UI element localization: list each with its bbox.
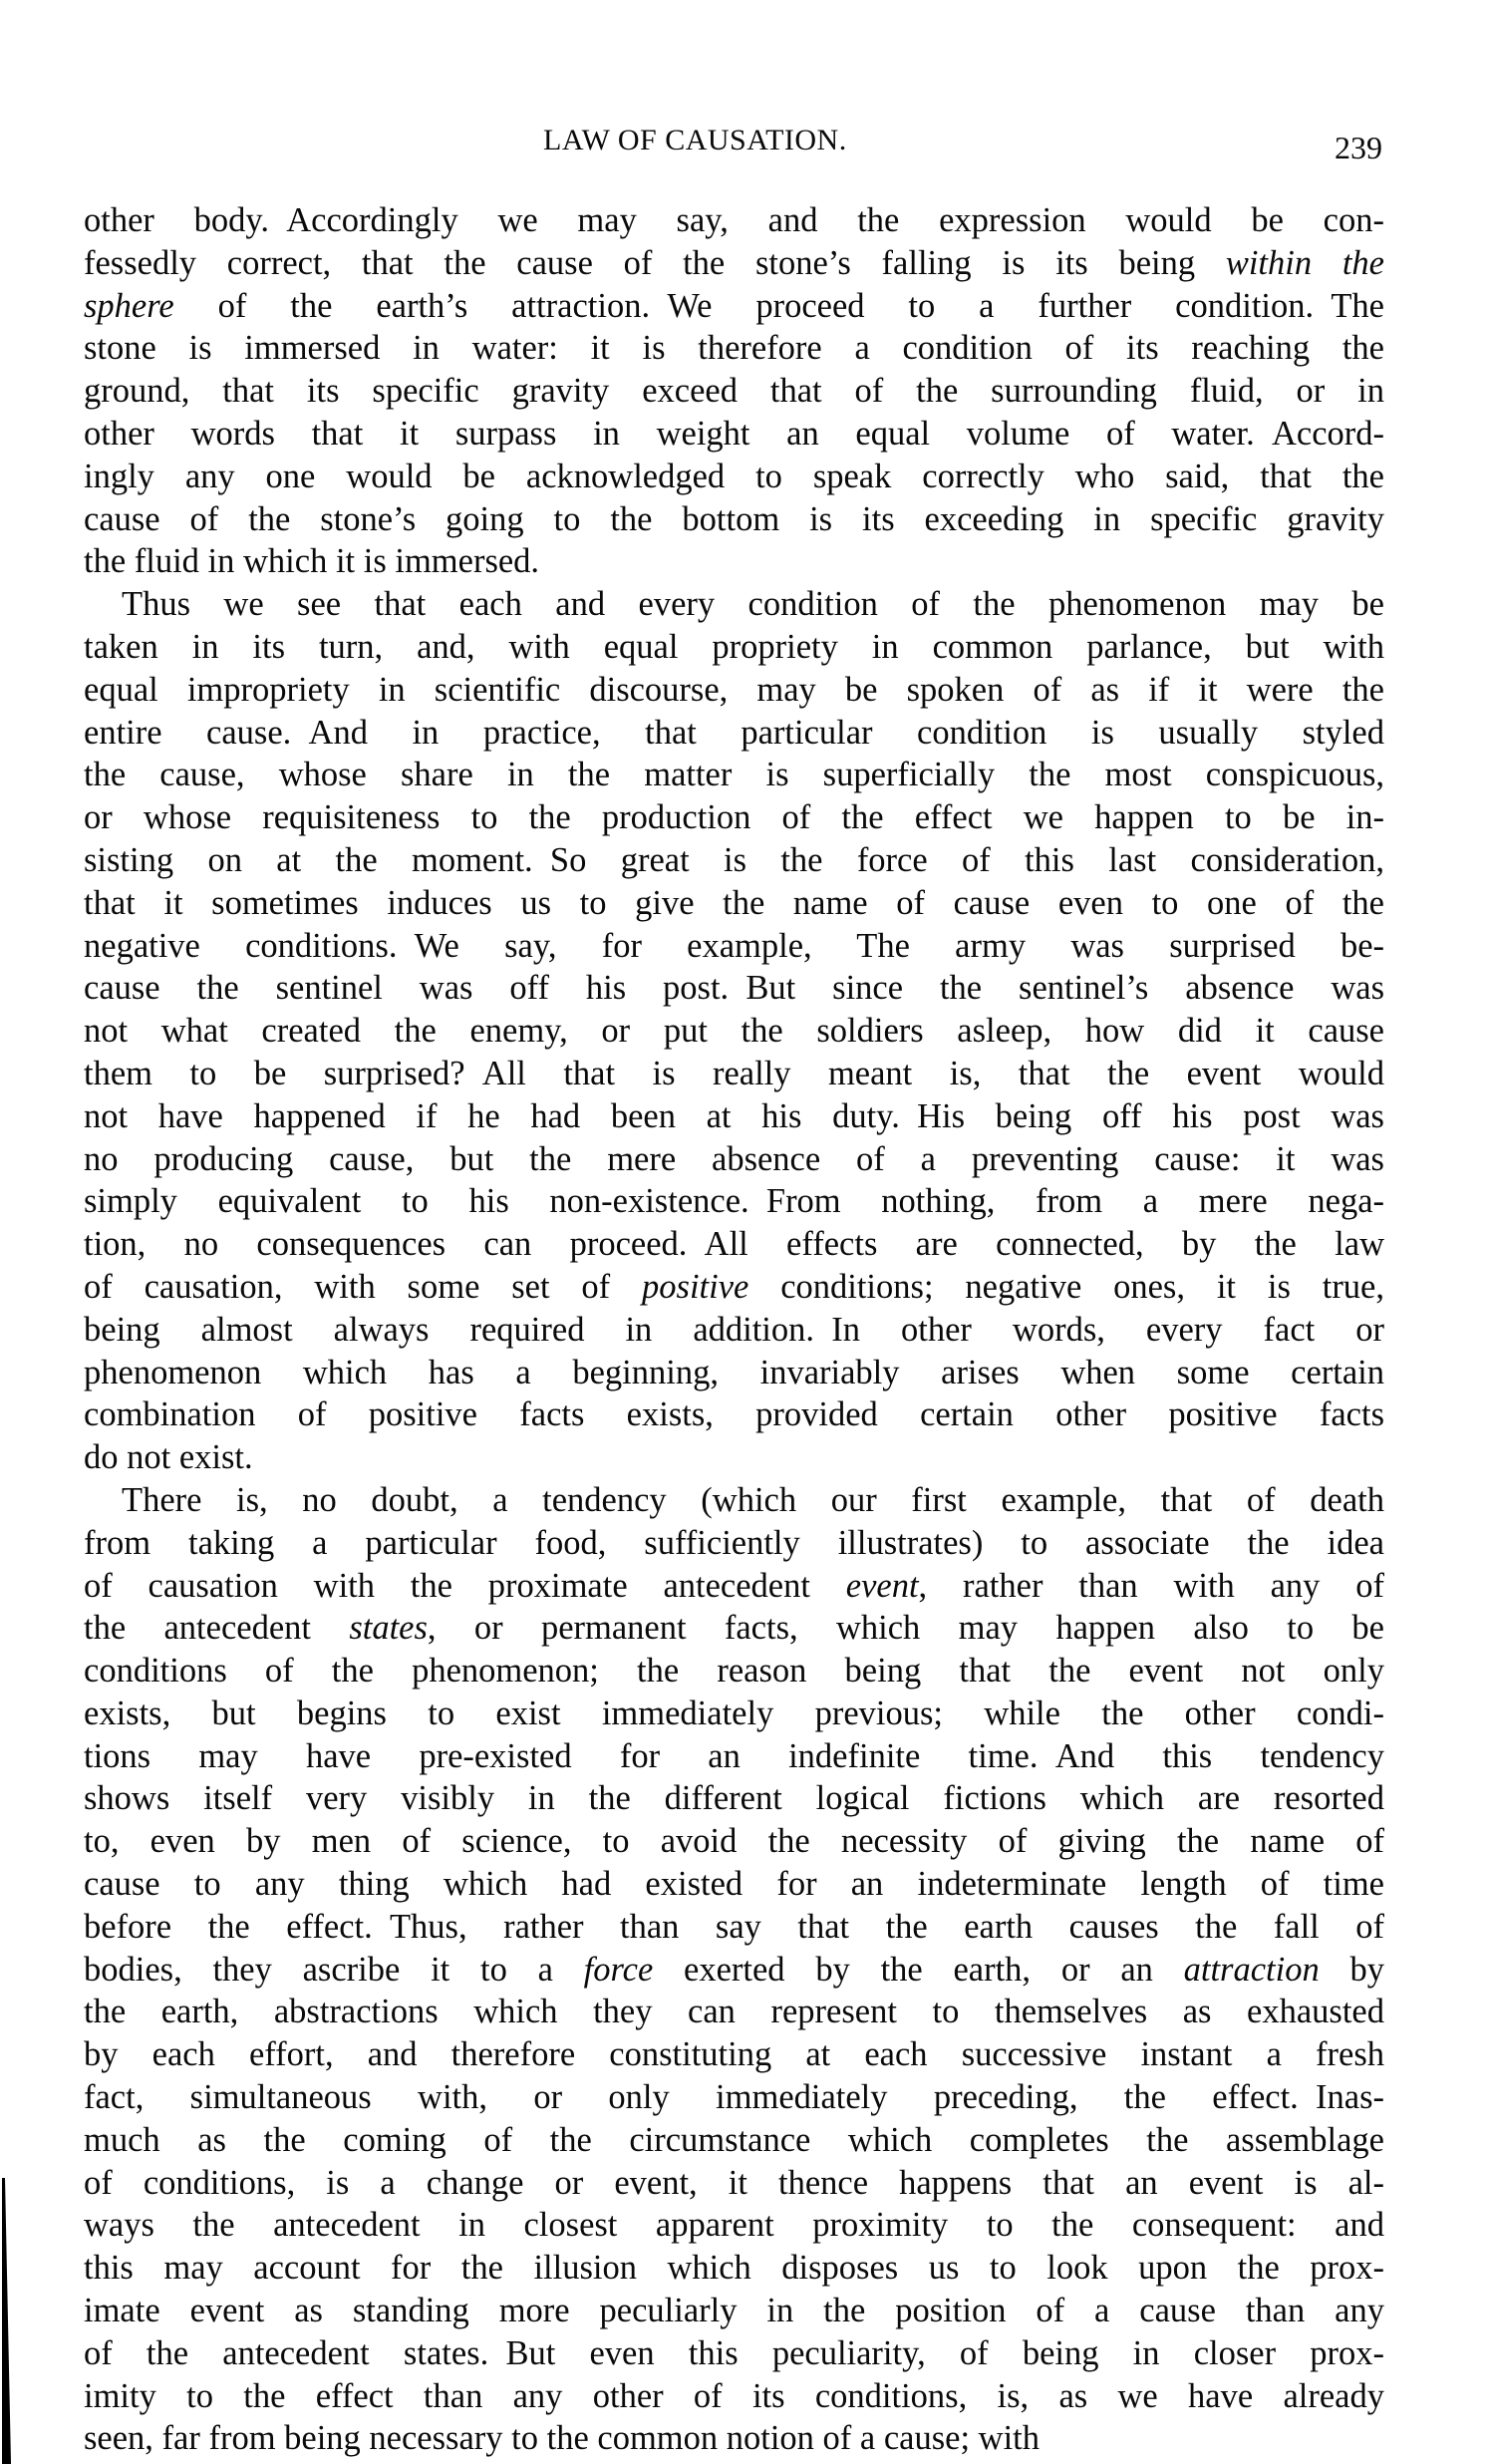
text-line: them to be surprised? All that is really…	[84, 1053, 1384, 1095]
text-line: ways the antecedent in closest apparent …	[84, 2204, 1384, 2247]
paragraph: There is, no doubt, a tendency (which ou…	[84, 1479, 1384, 2460]
running-title: LAW OF CAUSATION.	[543, 124, 847, 157]
text-line: the cause, whose share in the matter is …	[84, 754, 1384, 796]
text-line: cause of the stone’s going to the bottom…	[84, 498, 1384, 541]
text-segment: conditions; negative ones, it is true,	[748, 1268, 1384, 1306]
text-segment: this may account for the illusion which …	[84, 2249, 1384, 2287]
text-segment: seen, far from being necessary to the co…	[84, 2419, 1040, 2457]
text-segment: or whose requisiteness to the production…	[84, 798, 1384, 836]
text-line: much as the coming of the circumstance w…	[84, 2119, 1384, 2162]
text-line: other words that it surpass in weight an…	[84, 413, 1384, 456]
binding-edge-shadow	[2, 2178, 11, 2464]
text-line: the antecedent states, or permanent fact…	[84, 1607, 1384, 1650]
text-segment: Thus we see that each and every conditio…	[122, 585, 1384, 623]
text-segment: exerted by the earth, or an	[653, 1951, 1183, 1989]
text-segment: before the effect. Thus, rather than say…	[84, 1908, 1384, 1946]
text-line: negative conditions. We say, for example…	[84, 925, 1384, 968]
text-line: cause the sentinel was off his post. But…	[84, 967, 1384, 1010]
text-segment: imate event as standing more peculiarly …	[84, 2292, 1384, 2329]
text-segment: bodies, they ascribe it to a	[84, 1951, 584, 1989]
text-line: seen, far from being necessary to the co…	[84, 2417, 1384, 2460]
text-line: other body. Accordingly we may say, and …	[84, 199, 1384, 242]
text-line: shows itself very visibly in the differe…	[84, 1777, 1384, 1820]
text-segment: fessedly correct, that the cause of the …	[84, 244, 1226, 282]
text-segment: stone is immersed in water: it is theref…	[84, 329, 1384, 367]
text-segment: shows itself very visibly in the differe…	[84, 1779, 1384, 1817]
text-segment: cause to any thing which had existed for…	[84, 1865, 1384, 1903]
italic-text: force	[584, 1951, 654, 1989]
text-segment: phenomenon which has a beginning, invari…	[84, 1354, 1384, 1391]
text-segment: them to be surprised? All that is really…	[84, 1055, 1384, 1092]
text-segment: combination of positive facts exists, pr…	[84, 1395, 1384, 1433]
text-line: this may account for the illusion which …	[84, 2247, 1384, 2290]
text-segment: cause the sentinel was off his post. But…	[84, 969, 1384, 1007]
text-line: to, even by men of science, to avoid the…	[84, 1820, 1384, 1863]
text-segment: not what created the enemy, or put the s…	[84, 1012, 1384, 1050]
text-line: exists, but begins to exist immediately …	[84, 1693, 1384, 1735]
italic-text: attraction	[1184, 1951, 1320, 1989]
text-segment: ground, that its specific gravity exceed…	[84, 372, 1384, 410]
text-line: ingly any one would be acknowledged to s…	[84, 456, 1384, 498]
text-line: There is, no doubt, a tendency (which ou…	[84, 1479, 1384, 1522]
text-segment: equal impropriety in scientific discours…	[84, 671, 1384, 709]
text-line: being almost always required in addition…	[84, 1309, 1384, 1352]
page-number: 239	[1335, 130, 1382, 166]
text-line: tions may have pre-existed for an indefi…	[84, 1735, 1384, 1778]
text-line: not what created the enemy, or put the s…	[84, 1010, 1384, 1053]
running-head: LAW OF CAUSATION. 239	[0, 124, 1490, 163]
text-segment: simply equivalent to his non-existence. …	[84, 1182, 1384, 1220]
text-segment: There is, no doubt, a tendency (which ou…	[122, 1481, 1384, 1519]
text-segment: conditions of the phenomenon; the reason…	[84, 1652, 1384, 1690]
text-segment: of causation with the proximate antecede…	[84, 1567, 846, 1605]
text-segment: cause of the stone’s going to the bottom…	[84, 500, 1384, 538]
text-segment: negative conditions. We say, for example…	[84, 927, 1384, 965]
text-segment: entire cause. And in practice, that part…	[84, 714, 1384, 752]
text-segment: other words that it surpass in weight an…	[84, 415, 1384, 453]
text-segment: ingly any one would be acknowledged to s…	[84, 458, 1384, 495]
text-segment: of the earth’s attraction. We proceed to…	[174, 287, 1384, 325]
text-segment: other body. Accordingly we may say, and …	[84, 201, 1384, 239]
text-line: no producing cause, but the mere absence…	[84, 1138, 1384, 1181]
paragraph: Thus we see that each and every conditio…	[84, 583, 1384, 1479]
text-line: from taking a particular food, sufficien…	[84, 1522, 1384, 1565]
text-line: taken in its turn, and, with equal propr…	[84, 626, 1384, 669]
body-text: other body. Accordingly we may say, and …	[84, 199, 1384, 2460]
text-line: conditions of the phenomenon; the reason…	[84, 1650, 1384, 1693]
text-line: of conditions, is a change or event, it …	[84, 2162, 1384, 2205]
text-line: the fluid in which it is immersed.	[84, 540, 1384, 583]
text-line: ground, that its specific gravity exceed…	[84, 370, 1384, 413]
text-line: not have happened if he had been at his …	[84, 1095, 1384, 1138]
text-line: imate event as standing more peculiarly …	[84, 2290, 1384, 2332]
paragraph: other body. Accordingly we may say, and …	[84, 199, 1384, 583]
text-line: of causation with the proximate antecede…	[84, 1565, 1384, 1608]
text-line: imity to the effect than any other of it…	[84, 2375, 1384, 2418]
text-line: the earth, abstractions which they can r…	[84, 1991, 1384, 2033]
italic-text: sphere	[84, 287, 174, 325]
text-segment: fact, simultaneous with, or only immedia…	[84, 2078, 1384, 2116]
text-segment: , rather than with any of	[919, 1567, 1384, 1605]
text-segment: tion, no consequences can proceed. All e…	[84, 1225, 1384, 1263]
text-line: that it sometimes induces us to give the…	[84, 882, 1384, 925]
italic-text: positive	[642, 1268, 748, 1306]
text-line: cause to any thing which had existed for…	[84, 1863, 1384, 1906]
text-segment: taken in its turn, and, with equal propr…	[84, 628, 1384, 666]
text-line: phenomenon which has a beginning, invari…	[84, 1352, 1384, 1394]
text-line: sisting on at the moment. So great is th…	[84, 839, 1384, 882]
text-line: before the effect. Thus, rather than say…	[84, 1906, 1384, 1949]
text-segment: , or permanent facts, which may happen a…	[428, 1609, 1384, 1647]
text-segment: by each effort, and therefore constituti…	[84, 2035, 1384, 2073]
text-segment: of conditions, is a change or event, it …	[84, 2164, 1384, 2202]
text-segment: of the antecedent states. But even this …	[84, 2334, 1384, 2372]
text-line: bodies, they ascribe it to a force exert…	[84, 1949, 1384, 1992]
text-line: stone is immersed in water: it is theref…	[84, 327, 1384, 370]
text-line: entire cause. And in practice, that part…	[84, 712, 1384, 755]
italic-text: states	[349, 1609, 428, 1647]
italic-text: within the	[1226, 244, 1384, 282]
text-segment: not have happened if he had been at his …	[84, 1097, 1384, 1135]
text-segment: from taking a particular food, sufficien…	[84, 1524, 1384, 1562]
text-segment: do not exist.	[84, 1438, 253, 1476]
text-line: do not exist.	[84, 1436, 1384, 1479]
text-segment: that it sometimes induces us to give the…	[84, 884, 1384, 922]
text-line: or whose requisiteness to the production…	[84, 796, 1384, 839]
text-line: of the antecedent states. But even this …	[84, 2332, 1384, 2375]
text-line: fessedly correct, that the cause of the …	[84, 242, 1384, 285]
text-line: tion, no consequences can proceed. All e…	[84, 1223, 1384, 1266]
text-line: simply equivalent to his non-existence. …	[84, 1180, 1384, 1223]
text-line: equal impropriety in scientific discours…	[84, 669, 1384, 712]
text-segment: much as the coming of the circumstance w…	[84, 2121, 1384, 2159]
text-line: fact, simultaneous with, or only immedia…	[84, 2076, 1384, 2119]
text-line: of causation, with some set of positive …	[84, 1266, 1384, 1309]
text-segment: imity to the effect than any other of it…	[84, 2377, 1384, 2415]
text-segment: the earth, abstractions which they can r…	[84, 1993, 1384, 2030]
italic-text: event	[846, 1567, 919, 1605]
text-segment: exists, but begins to exist immediately …	[84, 1694, 1384, 1732]
text-segment: by	[1320, 1951, 1384, 1989]
text-segment: the antecedent	[84, 1609, 349, 1647]
text-segment: of causation, with some set of	[84, 1268, 642, 1306]
text-line: sphere of the earth’s attraction. We pro…	[84, 285, 1384, 328]
text-line: combination of positive facts exists, pr…	[84, 1393, 1384, 1436]
text-segment: being almost always required in addition…	[84, 1311, 1384, 1349]
text-segment: sisting on at the moment. So great is th…	[84, 841, 1384, 879]
text-segment: ways the antecedent in closest apparent …	[84, 2206, 1384, 2244]
text-line: by each effort, and therefore constituti…	[84, 2033, 1384, 2076]
text-segment: the cause, whose share in the matter is …	[84, 756, 1384, 793]
text-segment: tions may have pre-existed for an indefi…	[84, 1737, 1384, 1775]
text-line: Thus we see that each and every conditio…	[84, 583, 1384, 626]
text-segment: the fluid in which it is immersed.	[84, 542, 539, 580]
text-segment: no producing cause, but the mere absence…	[84, 1140, 1384, 1178]
text-segment: to, even by men of science, to avoid the…	[84, 1822, 1384, 1860]
